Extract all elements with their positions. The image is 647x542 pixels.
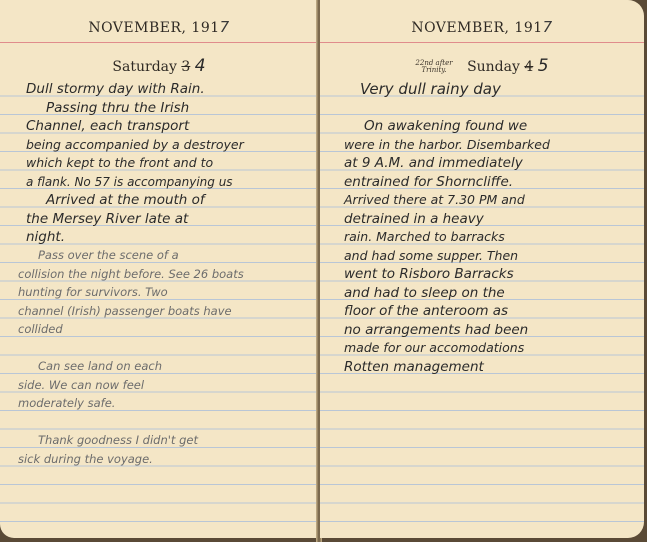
entry-line: collided (18, 320, 308, 339)
entry-line: Very dull rainy day (360, 80, 634, 99)
entry-line: the Mersey River late at (26, 210, 308, 229)
day-name: Sunday (467, 59, 520, 75)
entry-line: collision the night before. See 26 boats (18, 265, 308, 284)
entry-line: On awakening found we (344, 117, 634, 136)
month-text: NOVEMBER, 191 (411, 20, 542, 36)
entry-line: were in the harbor. Disembarked (344, 136, 634, 155)
trinity-line: Trinity. (421, 66, 446, 74)
month-header: NOVEMBER, 1917 (320, 18, 644, 36)
entry-line: a flank. No 57 is accompanying us (26, 173, 308, 192)
entry-line: Arrived at the mouth of (26, 191, 308, 210)
entry-line: Thank goodness I didn't get (18, 431, 308, 450)
year-correction: 7 (543, 18, 553, 36)
trinity-note: 22nd after Trinity. (415, 60, 452, 74)
entry-line: and had some supper. Then (344, 247, 634, 266)
diary-entry-ink: Dull stormy day with Rain. Passing thru … (26, 80, 308, 247)
entry-line: at 9 A.M. and immediately (344, 154, 634, 173)
diary-page-left: NOVEMBER, 1917 Saturday 3 4 Dull stormy … (0, 0, 318, 538)
diary-entry-pencil: Pass over the scene of a collision the n… (18, 246, 308, 468)
entry-line: hunting for survivors. Two (18, 283, 308, 302)
entry-line: went to Risboro Barracks (344, 265, 634, 284)
entry-line (18, 339, 308, 358)
entry-line: rain. Marched to barracks (344, 228, 634, 247)
day-number-printed: 4 (524, 59, 533, 75)
header-rule (320, 42, 644, 43)
entry-line: night. (26, 228, 308, 247)
entry-line: floor of the anteroom as (344, 302, 634, 321)
entry-line (360, 99, 634, 118)
entry-line: no arrangements had been (344, 321, 634, 340)
entry-line: being accompanied by a destroyer (26, 136, 308, 155)
entry-line: entrained for Shorncliffe. (344, 173, 634, 192)
day-number-printed: 3 (181, 59, 190, 75)
entry-line: Can see land on each (18, 357, 308, 376)
month-text: NOVEMBER, 191 (88, 20, 219, 36)
entry-line (18, 413, 308, 432)
entry-line: Pass over the scene of a (18, 246, 308, 265)
day-header: Saturday 3 4 (0, 56, 318, 76)
diary-page-right: NOVEMBER, 1917 22nd after Trinity. Sunda… (320, 0, 644, 538)
entry-line: which kept to the front and to (26, 154, 308, 173)
month-header: NOVEMBER, 1917 (0, 18, 318, 36)
day-number-handwritten: 5 (538, 56, 549, 76)
entry-line: detrained in a heavy (344, 210, 634, 229)
day-number-handwritten: 4 (195, 56, 206, 76)
diary-entry-ink: Very dull rainy day (360, 80, 634, 117)
header-rule (0, 42, 318, 43)
entry-line: Passing thru the Irish (26, 99, 308, 118)
year-correction: 7 (220, 18, 230, 36)
entry-line: Rotten management (344, 358, 634, 377)
day-name: Saturday (112, 59, 177, 75)
entry-line: side. We can now feel (18, 376, 308, 395)
entry-line: channel (Irish) passenger boats have (18, 302, 308, 321)
entry-line: made for our accomodations (344, 339, 634, 358)
entry-line: sick during the voyage. (18, 450, 308, 469)
entry-line: Channel, each transport (26, 117, 308, 136)
entry-line: and had to sleep on the (344, 284, 634, 303)
entry-line: Arrived there at 7.30 PM and (344, 191, 634, 210)
entry-line: moderately safe. (18, 394, 308, 413)
day-header: 22nd after Trinity. Sunday 4 5 (320, 56, 644, 76)
diary-entry-ink: On awakening found we were in the harbor… (344, 117, 634, 376)
entry-line: Dull stormy day with Rain. (26, 80, 308, 99)
